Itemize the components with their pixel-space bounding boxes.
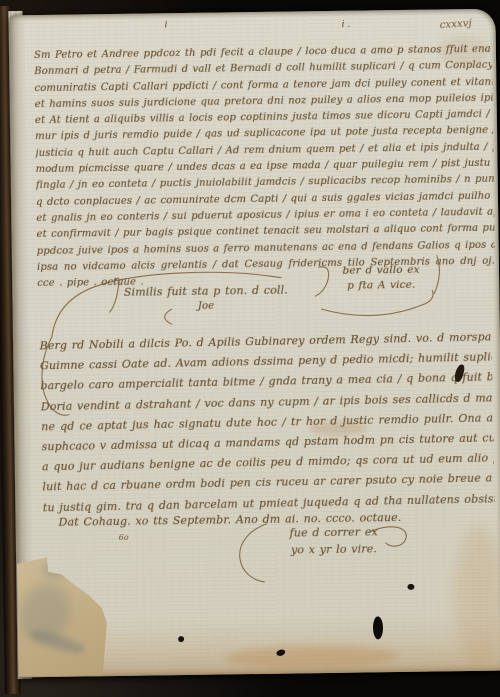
note-line: ber d vallo ex	[327, 263, 435, 280]
signature-line: fue d correr ex	[259, 523, 409, 542]
manuscript-photo: cxxxvj i i . Sm Petro et Andree ppdcoz t…	[0, 0, 500, 697]
entry-2-text-block: Berg rd Nobili a dilcis Po. d Apilis Gub…	[39, 327, 495, 518]
top-margin-mark-1: i	[164, 20, 167, 30]
entry-1-text-block: Sm Petro et Andree ppdcoz th pdi fecit a…	[34, 42, 495, 293]
bottom-stain-blotch	[224, 644, 399, 670]
signature-line: yo x yr lo vire.	[259, 540, 409, 559]
note-line: Similis fuit sta p ton. d coll.	[108, 282, 303, 300]
worm-hole	[178, 636, 184, 642]
manuscript-page: cxxxvj i i . Sm Petro et Andree ppdcoz t…	[9, 9, 500, 678]
registrar-note-valle: ber d vallo ex p fta A vice.	[327, 263, 435, 295]
folio-number: cxxxvj	[439, 18, 472, 31]
patch-smudge	[41, 561, 69, 579]
top-margin-mark-2: i .	[341, 20, 350, 30]
worm-hole	[407, 584, 414, 590]
interline-correction-mark: 6o	[119, 533, 129, 542]
note-line: Joe	[108, 297, 303, 315]
note-line: p fta A vice.	[327, 278, 435, 295]
valle-note-underline-swash	[321, 291, 433, 317]
worm-hole	[276, 649, 286, 657]
chancery-signature-block: fue d correr ex yo x yr lo vire.	[259, 523, 409, 559]
right-edge-stain	[455, 525, 500, 670]
registrar-note-similis: Similis fuit sta p ton. d coll. Joe	[108, 282, 303, 315]
worm-hole-large	[373, 616, 383, 639]
repair-patch	[11, 554, 113, 677]
